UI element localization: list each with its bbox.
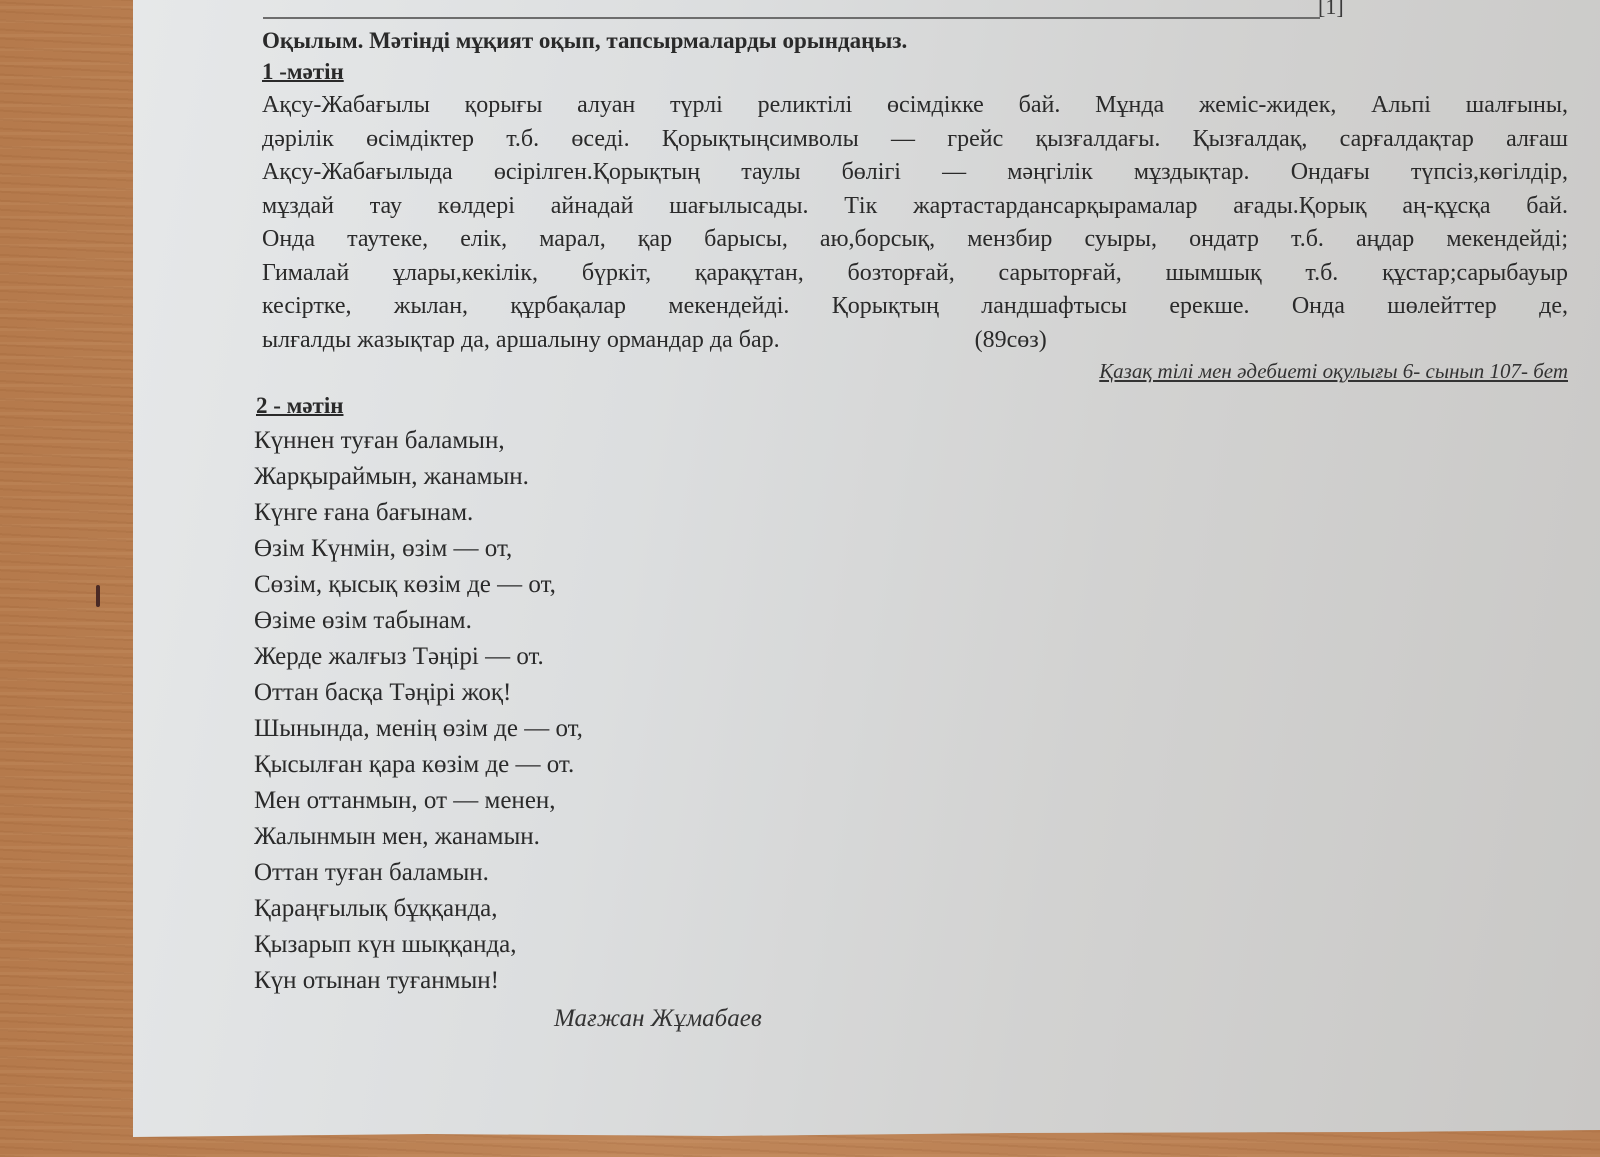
poem-line: Сөзім, қысық көзім де — от, xyxy=(254,567,1568,603)
poem-line: Күннен туған баламын, xyxy=(254,423,1568,459)
text-1-paragraph: Ақсу-Жабағылы қорығы алуан түрлі реликті… xyxy=(262,89,1568,357)
text-1-heading: 1 -мәтін xyxy=(262,57,1568,87)
poem-line: Өзіме өзім табынам. xyxy=(254,603,1568,639)
poem-line: Жалынмын мен, жанамын. xyxy=(254,819,1568,855)
poem-line: Оттан туған баламын. xyxy=(254,855,1568,891)
poem-line: Күнге ғана бағынам. xyxy=(254,495,1568,531)
poem-line: Өзім Күнмін, өзім — от, xyxy=(254,531,1568,567)
score-mark: [1] xyxy=(1318,0,1344,20)
poem: Күннен туған баламын,Жарқыраймын, жанамы… xyxy=(254,423,1568,999)
worksheet: Оқылым. Мәтінді мұқият оқып, тапсырмалар… xyxy=(262,25,1568,1033)
poem-line: Шынында, менің өзім де — от, xyxy=(254,711,1568,747)
poem-line: Мен оттанмын, от — менен, xyxy=(254,783,1568,819)
poem-author: Мағжан Жұмабаев xyxy=(554,1005,1568,1033)
answer-line xyxy=(263,17,1320,19)
text-2-heading: 2 - мәтін xyxy=(256,391,1568,421)
poem-line: Қараңғылық бұққанда, xyxy=(254,891,1568,927)
paragraph-line: Ақсу-Жабағылыда өсірілген.Қорықтың таулы… xyxy=(262,156,1568,190)
poem-line: Қызарып күн шыққанда, xyxy=(254,927,1568,963)
poem-line: Жерде жалғыз Тәңірі — от. xyxy=(254,639,1568,675)
poem-line: Жарқыраймын, жанамын. xyxy=(254,459,1568,495)
poem-line: Оттан басқа Тәңірі жоқ! xyxy=(254,675,1568,711)
paragraph-line: Ақсу-Жабағылы қорығы алуан түрлі реликті… xyxy=(262,89,1568,123)
text-1: 1 -мәтін Ақсу-Жабағылы қорығы алуан түрл… xyxy=(262,57,1568,385)
pen-mark xyxy=(96,585,100,607)
poem-line: Күн отынан туғанмын! xyxy=(254,963,1568,999)
paragraph-line: Онда таутеке, елік, марал, қар барысы, а… xyxy=(262,223,1568,257)
paragraph-line: ылғалды жазықтар да, аршалыну ормандар д… xyxy=(262,324,1568,358)
paragraph-last-line-text: ылғалды жазықтар да, аршалыну ормандар д… xyxy=(262,327,780,353)
paragraph-line: кесіртке, жылан, құрбақалар мекендейді. … xyxy=(262,290,1568,324)
text-2: 2 - мәтін Күннен туған баламын,Жарқырайм… xyxy=(262,391,1568,1033)
text-1-source: Қазақ тілі мен әдебиеті оқулығы 6- сынып… xyxy=(262,357,1568,385)
instruction: Оқылым. Мәтінді мұқият оқып, тапсырмалар… xyxy=(262,25,1568,57)
word-count: (89сөз) xyxy=(975,324,1047,358)
paragraph-line: мұздай тау көлдері айнадай шағылысады. Т… xyxy=(262,190,1568,224)
poem-line: Қысылған қара көзім де — от. xyxy=(254,747,1568,783)
paragraph-line: Гималай ұлары,кекілік, бүркіт, қарақұтан… xyxy=(262,257,1568,291)
paragraph-line: дәрілік өсімдіктер т.б. өседі. Қорықтыңс… xyxy=(262,123,1568,157)
